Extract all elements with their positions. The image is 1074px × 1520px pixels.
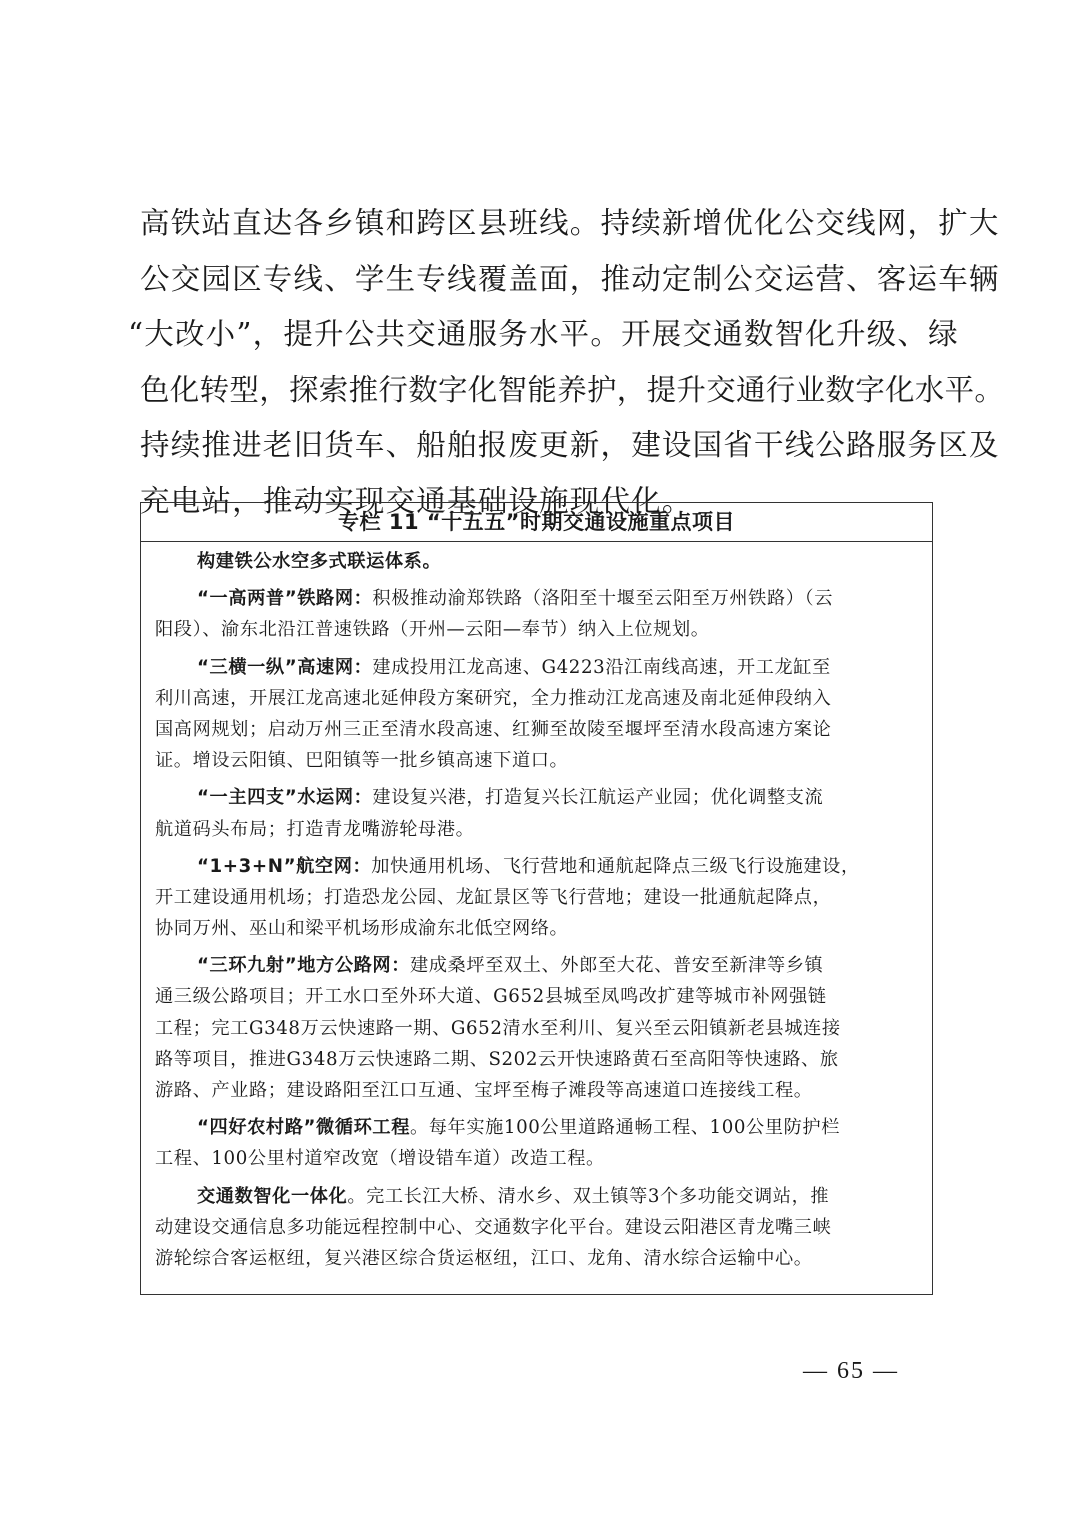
section-digital: 交通数智化一体化。完工长江大桥、清水乡、双土镇等3个多功能交调站，推 [155, 1181, 922, 1212]
section-text-line: 协同万州、巫山和梁平机场形成渝东北低空网络。 [155, 913, 922, 944]
section-text-line: 国高网规划；启动万州三正至清水段高速、红狮至故陵至堰坪至清水段高速方案论 [155, 714, 922, 745]
section-railway: “一高两普”铁路网：积极推动渝郑铁路（洛阳至十堰至云阳至万州铁路）（云 [155, 583, 922, 614]
section-text-line: 路等项目，推进G348万云快速路二期、S202云开快速路黄石至高阳等快速路、旅 [155, 1044, 922, 1075]
body-line: 色化转型，探索推行数字化智能养护，提升交通行业数字化水平。 [140, 363, 940, 419]
section-text-line: 证。增设云阳镇、巴阳镇等一批乡镇高速下道口。 [155, 745, 922, 776]
section-text: 。每年实施100公里道路通畅工程、100公里防护栏 [410, 1117, 840, 1138]
page-number: — 65 — [803, 1358, 899, 1385]
section-expressway: “三横一纵”高速网：建成投用江龙高速、G4223沿江南线高速，开工龙缸至 [155, 652, 922, 683]
section-text: 。完工长江大桥、清水乡、双土镇等3个多功能交调站，推 [347, 1186, 829, 1207]
body-line: 持续推进老旧货车、船舶报废更新，建设国省干线公路服务区及 [140, 418, 940, 474]
section-heading: “1+3+N”航空网： [197, 856, 371, 877]
section-heading: “四好农村路”微循环工程 [197, 1117, 410, 1138]
body-line: “大改小”，提升公共交通服务水平。开展交通数智化升级、绿 [128, 307, 940, 363]
section-text-line: 通三级公路项目；开工水口至外环大道、G652县城至凤鸣改扩建等城市补网强链 [155, 981, 922, 1012]
section-text-line: 工程；完工G348万云快速路一期、G652清水至利川、复兴至云阳镇新老县城连接 [155, 1013, 922, 1044]
section-text: 加快通用机场、飞行营地和通航起降点三级飞行设施建设， [371, 856, 859, 877]
feature-box: 专栏 11 “十五五”时期交通设施重点项目 构建铁公水空多式联运体系。 “一高两… [140, 502, 933, 1295]
box-intro-text: 构建铁公水空多式联运体系。 [197, 551, 441, 572]
section-text-line: 利川高速，开展江龙高速北延伸段方案研究，全力推动江龙高速及南北延伸段纳入 [155, 683, 922, 714]
section-text: 积极推动渝郑铁路（洛阳至十堰至云阳至万州铁路）（云 [372, 588, 833, 609]
section-text: 建成投用江龙高速、G4223沿江南线高速，开工龙缸至 [372, 657, 830, 678]
box-body: 构建铁公水空多式联运体系。 “一高两普”铁路网：积极推动渝郑铁路（洛阳至十堰至云… [141, 542, 932, 1274]
box-title: 专栏 11 “十五五”时期交通设施重点项目 [141, 503, 932, 542]
section-waterway: “一主四支”水运网：建设复兴港，打造复兴长江航运产业园；优化调整支流 [155, 782, 922, 813]
section-heading: “一高两普”铁路网： [197, 588, 372, 609]
section-text: 建成桑坪至双土、外郎至大花、普安至新津等乡镇 [410, 955, 823, 976]
section-heading: “一主四支”水运网： [197, 787, 372, 808]
body-line: 高铁站直达各乡镇和跨区县班线。持续新增优化公交线网，扩大 [140, 196, 940, 252]
section-heading: “三环九射”地方公路网： [197, 955, 410, 976]
box-intro: 构建铁公水空多式联运体系。 [155, 546, 922, 577]
section-text-line: 开工建设通用机场；打造恐龙公园、龙缸景区等飞行营地；建设一批通航起降点， [155, 882, 922, 913]
section-heading: “三横一纵”高速网： [197, 657, 372, 678]
section-text-line: 游轮综合客运枢纽，复兴港区综合货运枢纽，江口、龙角、清水综合运输中心。 [155, 1243, 922, 1274]
body-paragraph: 高铁站直达各乡镇和跨区县班线。持续新增优化公交线网，扩大 公交园区专线、学生专线… [140, 196, 940, 529]
section-text-line: 动建设交通信息多功能远程控制中心、交通数字化平台。建设云阳港区青龙嘴三峡 [155, 1212, 922, 1243]
section-text-line: 航道码头布局；打造青龙嘴游轮母港。 [155, 814, 922, 845]
section-local-roads: “三环九射”地方公路网：建成桑坪至双土、外郎至大花、普安至新津等乡镇 [155, 950, 922, 981]
section-text: 建设复兴港，打造复兴长江航运产业园；优化调整支流 [372, 787, 823, 808]
section-text-line: 阳段）、渝东北沿江普速铁路（开州—云阳—奉节）纳入上位规划。 [155, 614, 922, 645]
section-heading: 交通数智化一体化 [197, 1186, 347, 1207]
section-aviation: “1+3+N”航空网：加快通用机场、飞行营地和通航起降点三级飞行设施建设， [155, 851, 922, 882]
section-text-line: 游路、产业路；建设路阳至江口互通、宝坪至梅子滩段等高速道口连接线工程。 [155, 1075, 922, 1106]
section-rural-roads: “四好农村路”微循环工程。每年实施100公里道路通畅工程、100公里防护栏 [155, 1112, 922, 1143]
body-line: 公交园区专线、学生专线覆盖面，推动定制公交运营、客运车辆 [140, 252, 940, 308]
section-text-line: 工程、100公里村道窄改宽（增设错车道）改造工程。 [155, 1143, 922, 1174]
